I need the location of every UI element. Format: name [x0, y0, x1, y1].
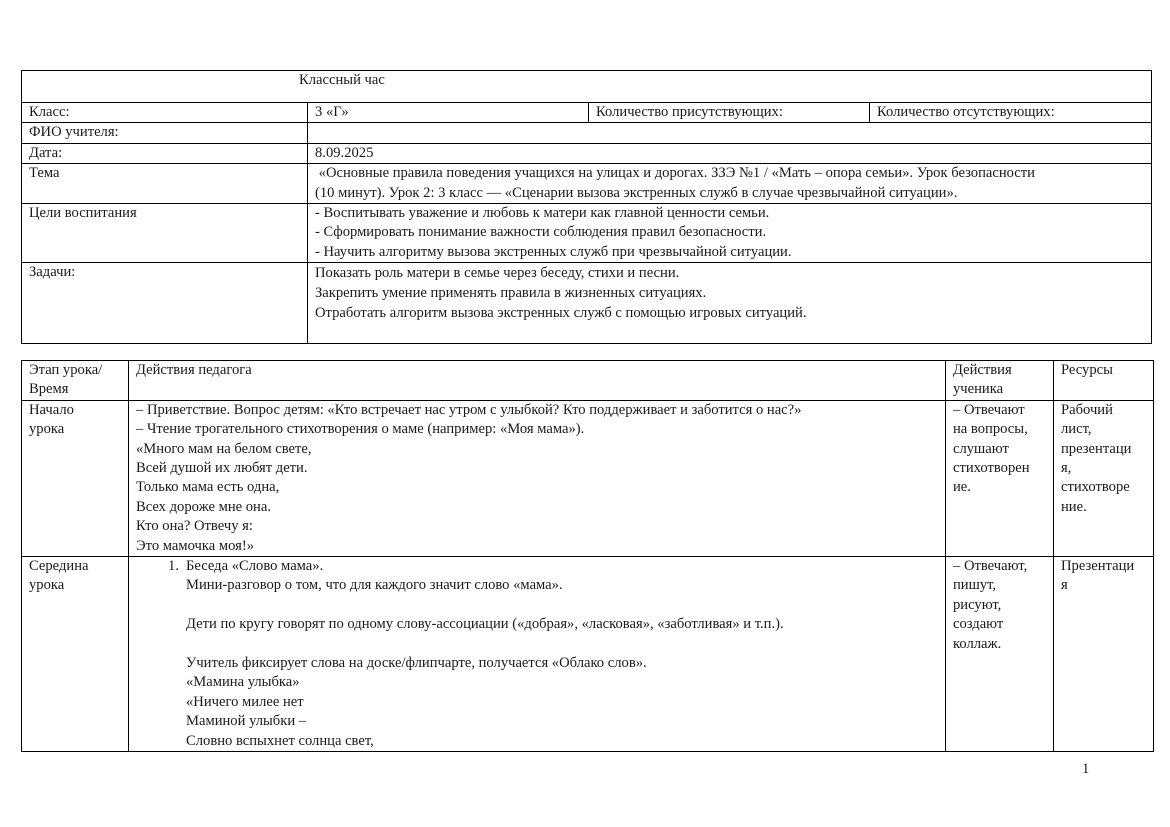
page-number: 1 [1082, 760, 1089, 779]
topic-line: (10 минут). Урок 2: 3 класс — «Сценарии … [315, 184, 1144, 203]
task-item: Закрепить умение применять правила в жиз… [315, 283, 1144, 303]
student-action-line: коллаж. [953, 635, 1046, 654]
topic-row: Тема «Основные правила поведения учащихс… [22, 164, 1152, 204]
student-actions-cell: – Отвечаютна вопросы,слушаютстихотворени… [946, 400, 1054, 556]
header-resources: Ресурсы [1054, 361, 1154, 401]
goals-label: Цели воспитания [22, 204, 308, 263]
goal-item: - Сформировать понимание важности соблюд… [315, 223, 1144, 242]
teacher-action-line: Только мама есть одна, [136, 478, 938, 497]
header-teacher-actions: Действия педагога [129, 361, 946, 401]
student-actions-cell: – Отвечают,пишут,рисуют,создаютколлаж. [946, 557, 1054, 752]
document-title: Классный час [22, 71, 1152, 103]
resource-line: я [1061, 576, 1146, 595]
resource-line: Презентаци [1061, 557, 1146, 576]
teacher-value [308, 123, 1152, 143]
goals-value: - Воспитывать уважение и любовь к матери… [308, 204, 1152, 263]
teacher-action-line: Словно вспыхнет солнца свет, [186, 732, 938, 751]
title-row: Классный час [22, 71, 1152, 103]
teacher-action-line: Всей душой их любят дети. [136, 459, 938, 478]
student-action-line: создают [953, 615, 1046, 634]
tasks-row: Задачи: Показать роль матери в семье чер… [22, 263, 1152, 344]
date-row: Дата: 8.09.2025 [22, 143, 1152, 163]
topic-line: «Основные правила поведения учащихся на … [315, 164, 1144, 183]
teacher-action-line: – Чтение трогательного стихотворения о м… [136, 420, 938, 439]
teacher-action-line: Кто она? Отвечу я: [136, 517, 938, 536]
teacher-action-line: Учитель фиксирует слова на доске/флипчар… [186, 654, 938, 673]
teacher-action-line [186, 635, 938, 654]
teacher-action-line: Мини-разговор о том, что для каждого зна… [186, 576, 938, 595]
present-count-label: Количество присутствующих: [589, 103, 870, 123]
resources-cell: Рабочийлист,презентация,стихотворение. [1054, 400, 1154, 556]
item-number: 1. [136, 557, 186, 751]
lesson-info-table: Классный час Класс: 3 «Г» Количество при… [21, 70, 1152, 344]
teacher-action-line: Беседа «Слово мама». [186, 557, 938, 576]
class-label: Класс: [22, 103, 308, 123]
tasks-value: Показать роль матери в семье через бесед… [308, 263, 1152, 344]
goal-item: - Научить алгоритму вызова экстренных сл… [315, 243, 1144, 262]
topic-value: «Основные правила поведения учащихся на … [308, 164, 1152, 204]
student-action-line: стихотворен [953, 459, 1046, 478]
item-body: Беседа «Слово мама».Мини-разговор о том,… [186, 557, 938, 751]
resource-line: я, [1061, 459, 1146, 478]
plan-header-row: Этап урока/ Время Действия педагога Дейс… [22, 361, 1154, 401]
student-action-line: пишут, [953, 576, 1046, 595]
teacher-actions-cell: 1. Беседа «Слово мама».Мини-разговор о т… [129, 557, 946, 752]
teacher-action-line: «Мамина улыбка» [186, 673, 938, 692]
table-row: Середина урока 1. Беседа «Слово мама».Ми… [22, 557, 1154, 752]
absent-count-label: Количество отсутствующих: [870, 103, 1152, 123]
teacher-action-line [186, 596, 938, 615]
topic-label: Тема [22, 164, 308, 204]
resource-line: ние. [1061, 498, 1146, 517]
table-row: Начало урока – Приветствие. Вопрос детям… [22, 400, 1154, 556]
teacher-actions-cell: – Приветствие. Вопрос детям: «Кто встреч… [129, 400, 946, 556]
stage-cell: Начало урока [22, 400, 129, 556]
teacher-label: ФИО учителя: [22, 123, 308, 143]
goal-item: - Воспитывать уважение и любовь к матери… [315, 204, 1144, 223]
student-action-line: – Отвечают, [953, 557, 1046, 576]
numbered-item: 1. Беседа «Слово мама».Мини-разговор о т… [136, 557, 938, 751]
student-action-line: рисуют, [953, 596, 1046, 615]
header-student-actions: Действия ученика [946, 361, 1054, 401]
teacher-action-line: Это мамочка моя!» [136, 537, 938, 556]
student-action-line: ие. [953, 478, 1046, 497]
teacher-action-line: Всех дороже мне она. [136, 498, 938, 517]
lesson-plan-table: Этап урока/ Время Действия педагога Дейс… [21, 360, 1154, 752]
teacher-action-line: – Приветствие. Вопрос детям: «Кто встреч… [136, 401, 938, 420]
teacher-action-line: Дети по кругу говорят по одному слову-ас… [186, 615, 938, 634]
teacher-row: ФИО учителя: [22, 123, 1152, 143]
task-item: Показать роль матери в семье через бесед… [315, 263, 1144, 283]
date-label: Дата: [22, 143, 308, 163]
resource-line: стихотворе [1061, 478, 1146, 497]
student-action-line: – Отвечают [953, 401, 1046, 420]
tasks-label: Задачи: [22, 263, 308, 344]
resource-line: Рабочий [1061, 401, 1146, 420]
resource-line: лист, [1061, 420, 1146, 439]
class-row: Класс: 3 «Г» Количество присутствующих: … [22, 103, 1152, 123]
teacher-action-line: «Много мам на белом свете, [136, 440, 938, 459]
stage-cell: Середина урока [22, 557, 129, 752]
student-action-line: на вопросы, [953, 420, 1046, 439]
date-value: 8.09.2025 [308, 143, 1152, 163]
student-action-line: слушают [953, 440, 1046, 459]
teacher-action-line: «Ничего милее нет [186, 693, 938, 712]
resource-line: презентаци [1061, 440, 1146, 459]
teacher-action-line: Маминой улыбки – [186, 712, 938, 731]
resources-cell: Презентация [1054, 557, 1154, 752]
goals-row: Цели воспитания - Воспитывать уважение и… [22, 204, 1152, 263]
header-stage: Этап урока/ Время [22, 361, 129, 401]
class-value: 3 «Г» [308, 103, 589, 123]
task-item: Отработать алгоритм вызова экстренных сл… [315, 303, 1144, 323]
